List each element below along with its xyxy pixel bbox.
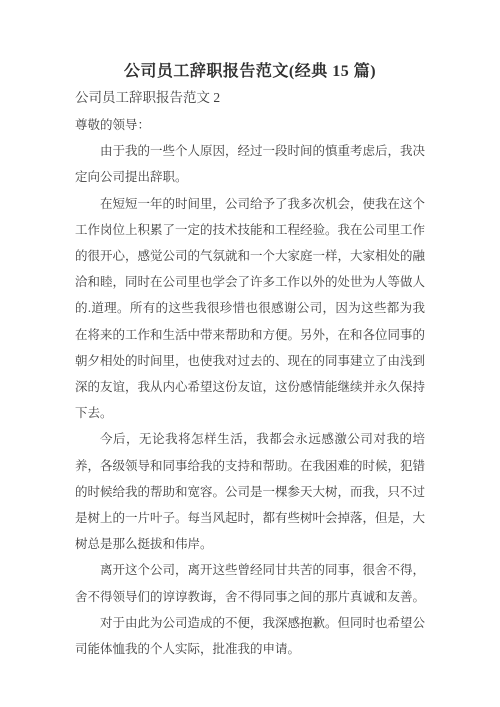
- body-paragraph: 离开这个公司，离开这些曾经同甘共苦的同事，很舍不得，舍不得领导们的谆谆教诲，舍不…: [75, 557, 425, 609]
- body-paragraph: 由于我的一些个人原因，经过一段时间的慎重考虑后，我决定向公司提出辞职。: [75, 138, 425, 190]
- body-paragraph: 今后，无论我将怎样生活，我都会永远感激公司对我的培养，各级领导和同事给我的支持和…: [75, 426, 425, 557]
- section-heading: 公司员工辞职报告范文 2: [75, 89, 425, 107]
- body-paragraph: 对于由此为公司造成的不便，我深感抱歉。但同时也希望公司能体恤我的个人实际，批准我…: [75, 610, 425, 662]
- salutation-line: 尊敬的领导：: [75, 112, 425, 138]
- body-paragraph: 在短短一年的时间里，公司给予了我多次机会，使我在这个工作岗位上积累了一定的技术技…: [75, 191, 425, 427]
- document-title: 公司员工辞职报告范文(经典 15 篇): [75, 62, 425, 82]
- document-body: 尊敬的领导： 由于我的一些个人原因，经过一段时间的慎重考虑后，我决定向公司提出辞…: [75, 112, 425, 662]
- document-page: 公司员工辞职报告范文(经典 15 篇) 公司员工辞职报告范文 2 尊敬的领导： …: [0, 0, 500, 707]
